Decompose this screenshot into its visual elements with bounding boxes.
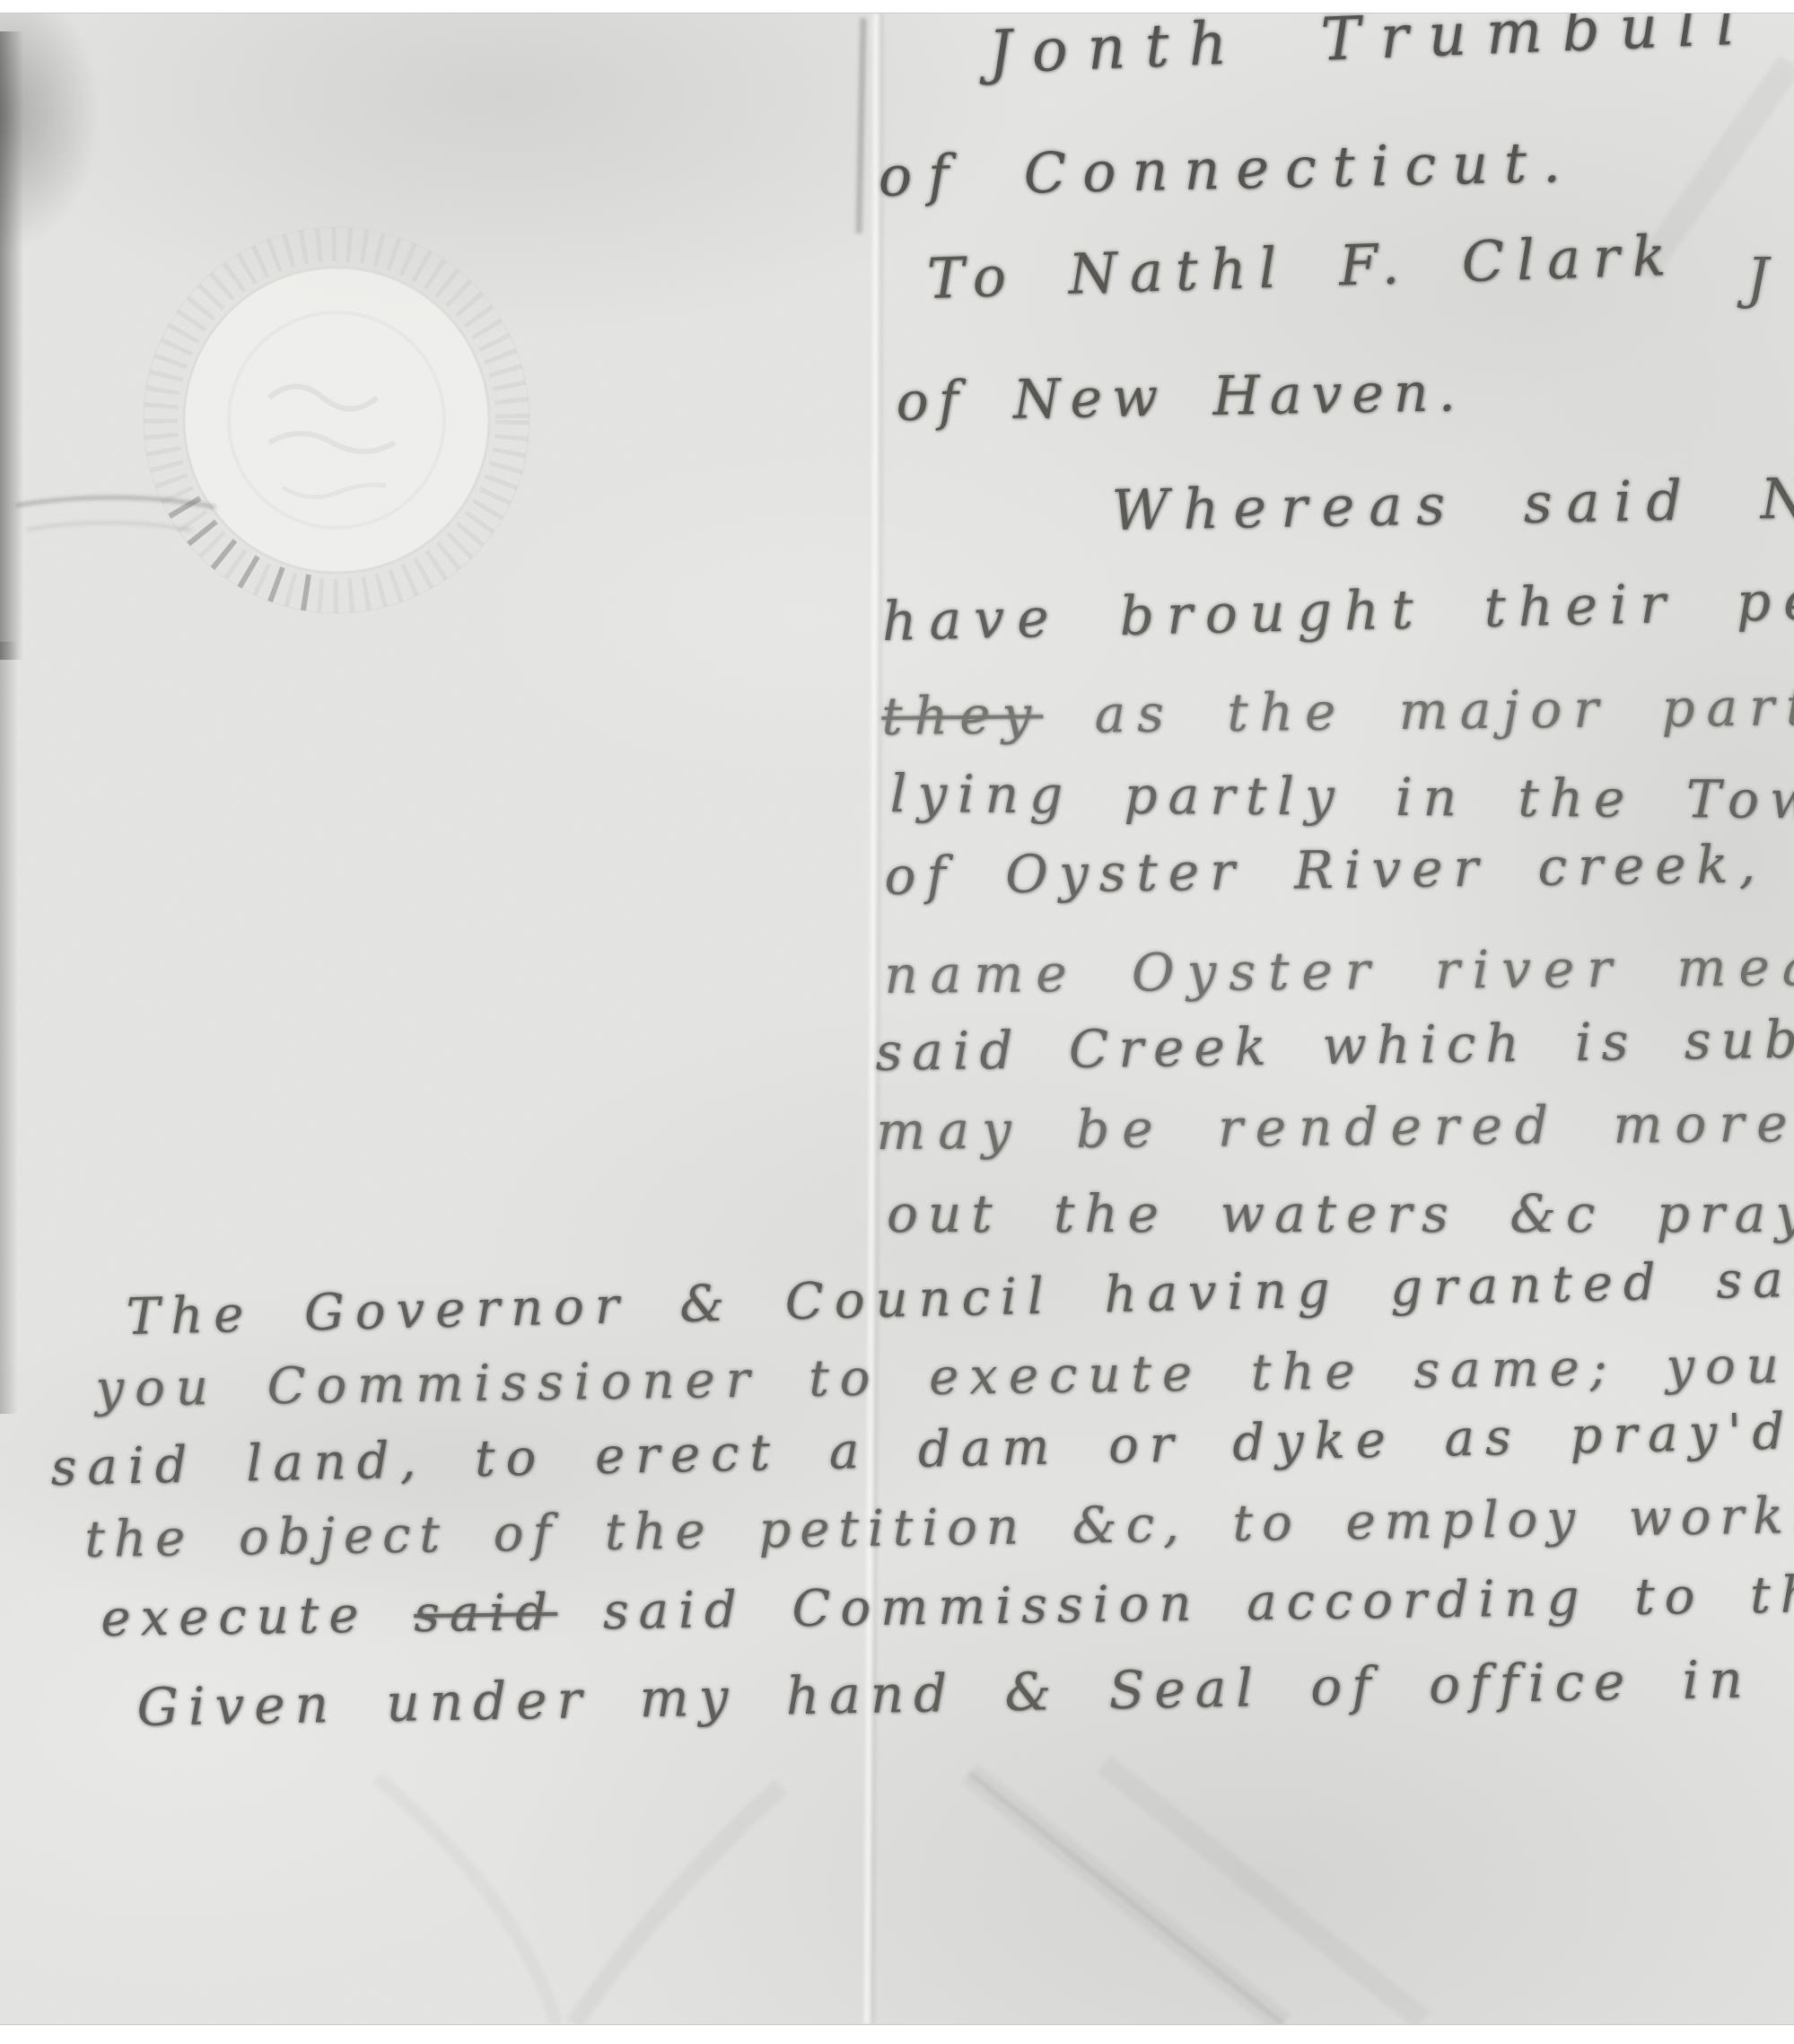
scanned-letter-page: Jonth Trumbull of Connecticut. To Nathl … xyxy=(0,0,1794,2044)
paper-sheet: Jonth Trumbull of Connecticut. To Nathl … xyxy=(0,13,1794,2025)
paper-grain-texture xyxy=(0,13,1794,2024)
